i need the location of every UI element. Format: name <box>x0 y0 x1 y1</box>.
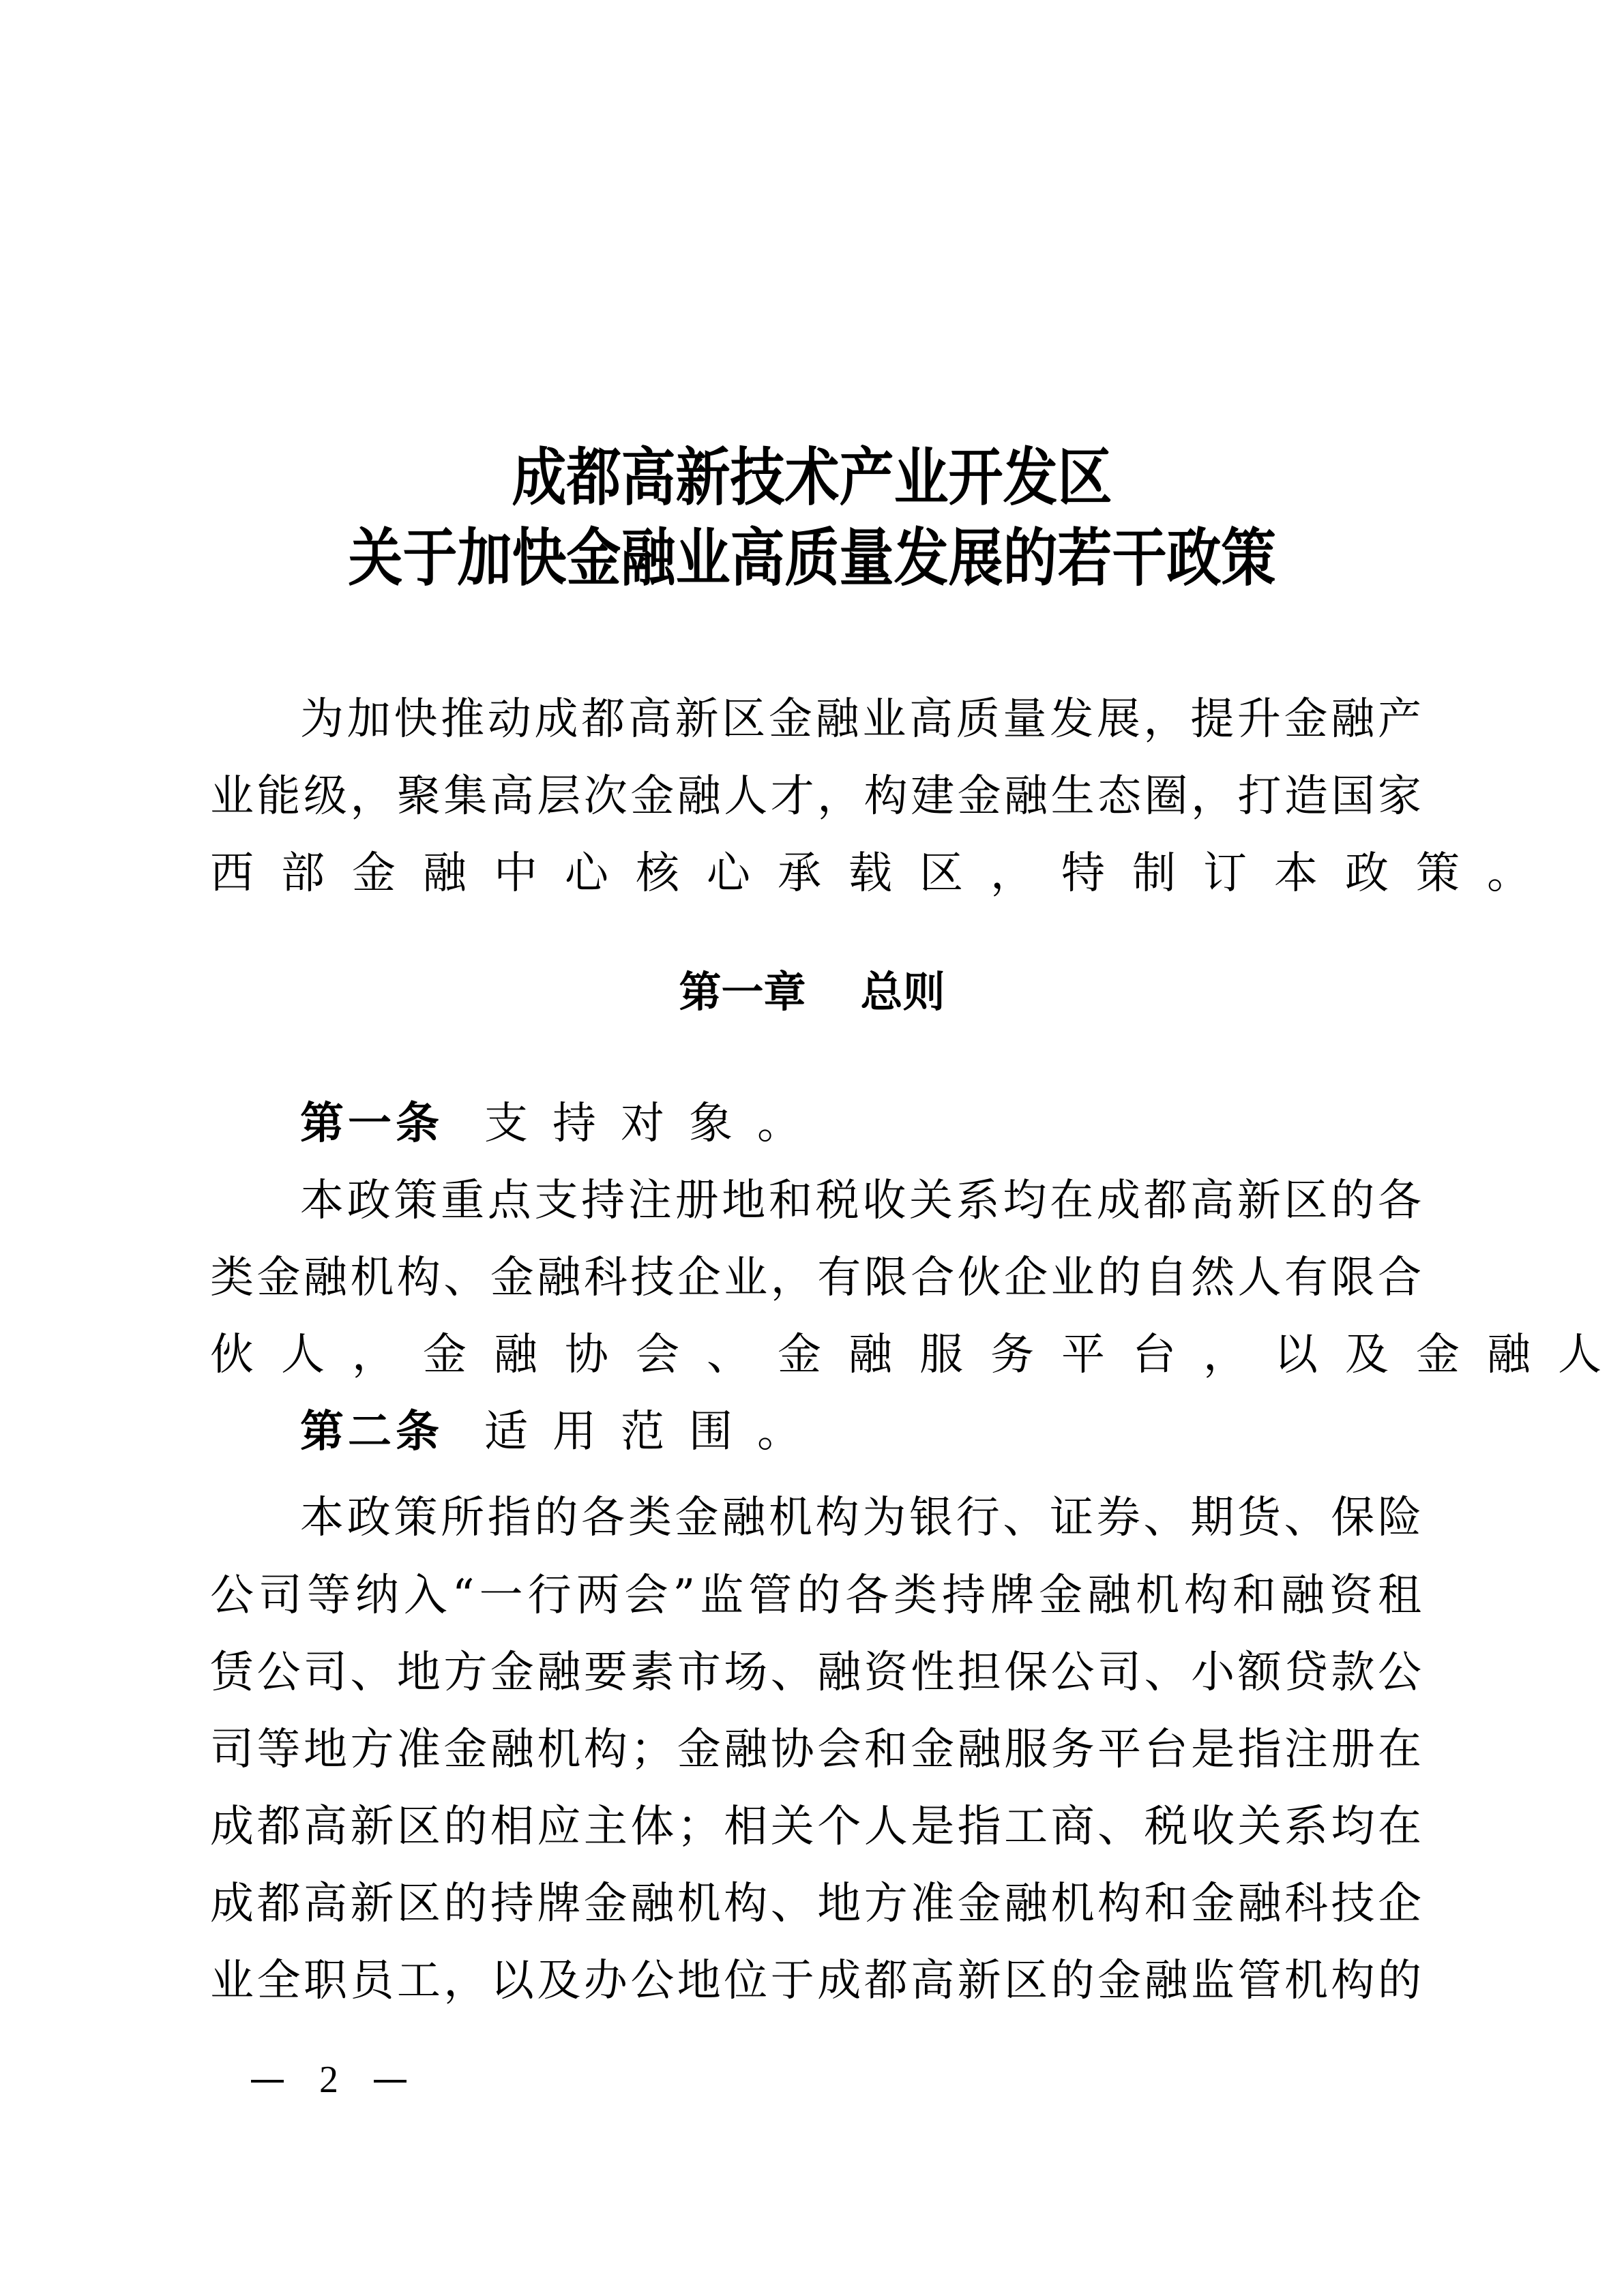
preamble-line: 业能级，聚集高层次金融人才，构建金融生态圈，打造国家 <box>210 762 1421 831</box>
document-page: 成都高新技术产业开发区 关于加快金融业高质量发展的若干政策 为加快推动成都高新区… <box>0 0 1624 2296</box>
document-title-line-2: 关于加快金融业高质量发展的若干政策 <box>0 519 1624 597</box>
article-2-line: 成都高新区的持牌金融机构、地方准金融机构和金融科技企 <box>210 1870 1421 1938</box>
article-title: 支持对象。 <box>484 1099 825 1149</box>
article-number: 第一条 <box>300 1099 443 1149</box>
article-2-line: 业全职员工，以及办公地位于成都高新区的金融监管机构的 <box>210 1947 1421 2015</box>
article-title: 适用范围。 <box>484 1407 825 1457</box>
chapter-name: 总则 <box>861 967 945 1017</box>
article-1-heading: 第一条支持对象。 <box>300 1090 825 1158</box>
chapter-number: 第一章 <box>679 967 806 1017</box>
article-1-line: 本政策重点支持注册地和税收关系均在成都高新区的各 <box>300 1167 1421 1235</box>
preamble-line: 西部金融中心核心承载区，特制订本政策。 <box>210 839 1421 908</box>
article-2-heading: 第二条适用范围。 <box>300 1398 825 1466</box>
article-number: 第二条 <box>300 1407 443 1457</box>
article-2-line: 本政策所指的各类金融机构为银行、证券、期货、保险 <box>300 1484 1421 1552</box>
article-2-line: 司等地方准金融机构；金融协会和金融服务平台是指注册在 <box>210 1716 1421 1784</box>
article-2-line: 公司等纳入“一行两会”监管的各类持牌金融机构和融资租 <box>210 1562 1421 1630</box>
dash-right-icon <box>374 2080 407 2083</box>
article-2-line: 赁公司、地方金融要素市场、融资性担保公司、小额贷款公 <box>210 1639 1421 1707</box>
preamble-line: 为加快推动成都高新区金融业高质量发展，提升金融产 <box>300 685 1421 754</box>
page-number-value: 2 <box>319 2059 338 2101</box>
article-2-line: 成都高新区的相应主体；相关个人是指工商、税收关系均在 <box>210 1793 1421 1861</box>
dash-left-icon <box>251 2080 284 2083</box>
article-1-line: 类金融机构、金融科技企业，有限合伙企业的自然人有限合 <box>210 1244 1421 1312</box>
chapter-heading: 第一章总则 <box>0 958 1624 1026</box>
document-title-line-1: 成都高新技术产业开发区 <box>0 438 1624 517</box>
article-1-line: 伙人，金融协会、金融服务平台，以及金融人才。 <box>210 1321 1421 1389</box>
page-number: 2 <box>251 2053 407 2107</box>
